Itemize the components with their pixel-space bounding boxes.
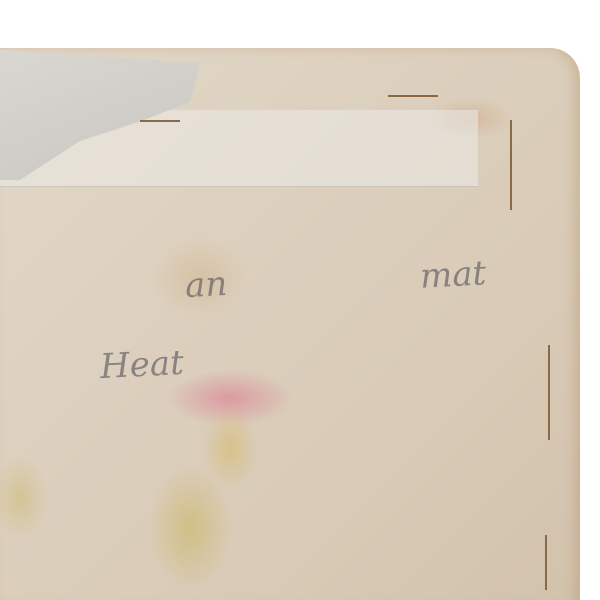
stitch xyxy=(548,345,550,440)
stitch xyxy=(510,120,512,210)
stitch xyxy=(388,95,438,97)
stitch xyxy=(140,120,180,122)
pencil-text: mat xyxy=(419,253,487,296)
photo: an mat Heat xyxy=(0,0,600,600)
pencil-text: Heat xyxy=(99,343,185,387)
pencil-text: an xyxy=(184,264,228,306)
stitch xyxy=(545,535,547,590)
